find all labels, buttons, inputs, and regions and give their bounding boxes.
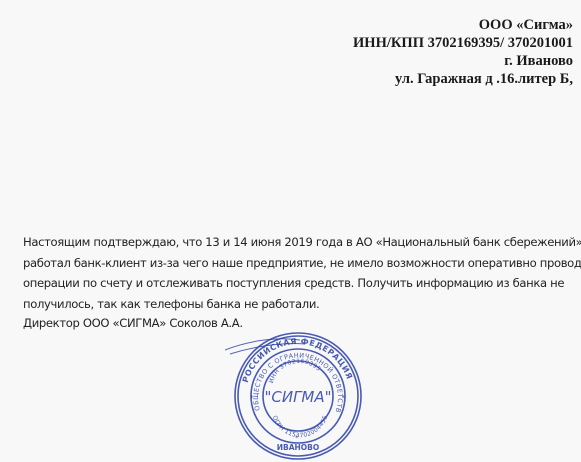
stamp-ogrn: ОГРН 1153702004455 — [271, 415, 329, 440]
body-line: работал банк-клиент из-за чего наше пред… — [23, 253, 578, 274]
letter-body: Настоящим подтверждаю, что 13 и 14 июня … — [23, 232, 578, 314]
svg-text:ОГРН 1153702004455: ОГРН 1153702004455 — [271, 415, 329, 440]
company-header: ООО «Сигма» ИНН/КПП 3702169395/ 37020100… — [353, 16, 573, 88]
handwritten-signature — [225, 330, 335, 360]
body-line: получилось, так как телефоны банка не ра… — [23, 294, 578, 315]
star-icon: * — [342, 394, 346, 402]
company-name: ООО «Сигма» — [353, 16, 573, 34]
stamp-city: ИВАНОВО — [277, 443, 320, 452]
star-icon: * — [295, 434, 299, 442]
address: ул. Гаражная д .16.литер Б, — [353, 70, 573, 88]
city: г. Иваново — [353, 52, 573, 70]
inn-kpp: ИНН/КПП 3702169395/ 370201001 — [353, 34, 573, 52]
body-line: операции по счету и отслеживать поступле… — [23, 273, 578, 294]
stamp-center: "СИГМА" — [264, 388, 331, 406]
star-icon: * — [250, 394, 254, 402]
signature-line: Директор ООО «СИГМА» Соколов А.А. — [23, 316, 243, 330]
body-line: Настоящим подтверждаю, что 13 и 14 июня … — [23, 232, 578, 253]
